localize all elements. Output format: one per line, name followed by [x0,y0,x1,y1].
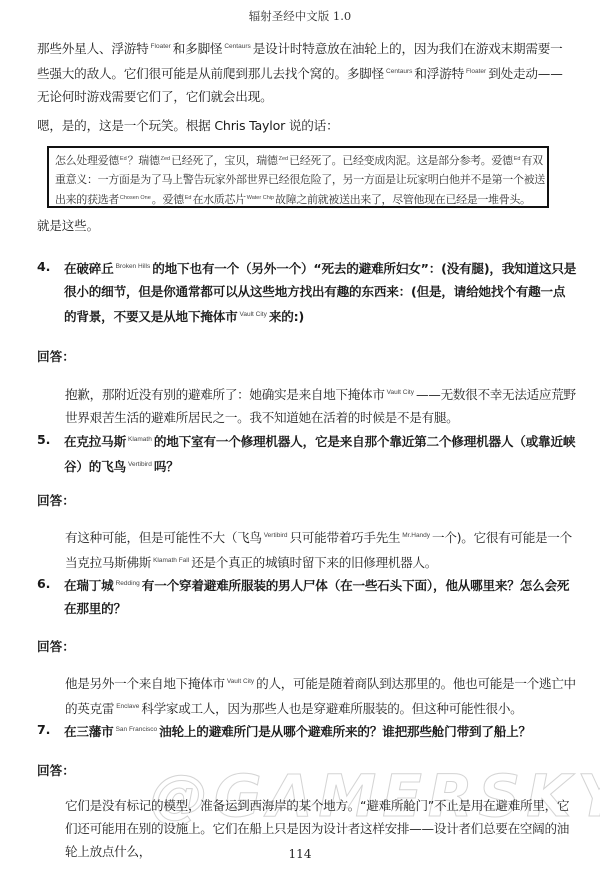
text: 和浮游特 [414,66,464,81]
question-4: 4. 在破碎丘Broken Hills的地下也有一个（另外一个）“死去的避难所妇… [37,255,577,328]
answer-6: 他是另外一个来自地下掩体市Vault City的人，可能是随着商队到达那里的。他… [65,670,577,720]
question-6: 6. 在瑞丁城Redding有一个穿着避难所服装的男人尸体（在一些石头下面），他… [37,572,577,620]
text: 和多脚怪 [173,41,223,56]
text: 怎么处理爱德 [55,154,119,167]
answer-4: 抱歉，那附近没有别的避难所了：她确实是来自地下掩体市Vault City——无数… [65,381,577,429]
english-term: Broken Hills [116,263,151,270]
intro-paragraph: 那些外星人、浮游特Floater和多脚怪Centaurs是设计时特意放在油轮上的… [37,35,567,108]
question-text: 在三藩市San Francisco油轮上的避难所门是从哪个避难所来的？谁把那些舱… [64,718,577,743]
english-term: Klamath [128,436,152,443]
question-number: 4. [37,255,61,278]
text: 在三藩市 [64,724,114,739]
english-term: Enclave [116,703,139,710]
page-number: 114 [0,847,600,861]
question-text: 在瑞丁城Redding有一个穿着避难所服装的男人尸体（在一些石头下面），他从哪里… [64,572,577,620]
english-term: Klamath Fall [153,557,189,564]
text: 的地下也有一个（另外一个）“死去的避难所妇女”：(没有腿)，我知道这只是很小的细… [64,261,576,324]
english-term: Vertibird [264,532,288,539]
text: 在破碎丘 [64,261,114,276]
text: 科学家或工人，因为那些人也是穿避难所服装的。但这种可能性很小。 [141,701,522,716]
english-term: Zed [161,156,170,162]
english-term: Ed [514,156,521,162]
text: 在水质芯片 [192,193,245,206]
english-term: Floater [151,43,171,50]
english-term: Chosen One [120,195,151,201]
text: 在克拉马斯 [64,434,126,449]
english-term: Zed [279,156,288,162]
english-term: Centaurs [224,43,250,50]
text: 那些外星人、浮游特 [37,41,149,56]
english-term: Mr.Handy [402,532,430,539]
english-term: Floater [466,68,486,75]
answer-label: 回答： [37,636,75,655]
question-number: 5. [37,428,61,451]
answer-5: 有这种可能，但是可能性不大（飞鸟Vertibird只可能带着巧手先生Mr.Han… [65,524,577,574]
english-term: Vertibird [128,461,152,468]
question-7: 7. 在三藩市San Francisco油轮上的避难所门是从哪个避难所来的？谁把… [37,718,577,743]
document-header: 辐射圣经中文版 1.0 [0,8,600,24]
answer-label: 回答： [37,346,75,365]
english-term: Vault City [387,389,414,396]
text: 吗？ [154,459,179,474]
english-term: San Francisco [116,726,158,733]
question-number: 6. [37,572,61,595]
english-term: Centaurs [386,68,412,75]
text: 只可能带着巧手先生 [290,530,401,545]
text: 来的:) [269,309,304,324]
text: 已经死了，宝贝，瑞德 [171,154,278,167]
question-5: 5. 在克拉马斯Klamath的地下室有一个修理机器人，它是来自那个靠近第二个修… [37,428,577,478]
question-text: 在克拉马斯Klamath的地下室有一个修理机器人，它是来自那个靠近第二个修理机器… [64,428,577,478]
english-term: Vault City [227,678,254,685]
answer-label: 回答： [37,760,75,779]
text: 有这种可能，但是可能性不大（飞鸟 [65,530,262,545]
text: 已经死了。已经变成肉泥。这是部分参考。爱德 [289,154,513,167]
english-term: Ed [185,195,192,201]
text: 油轮上的避难所门是从哪个避难所来的？谁把那些舱门带到了船上？ [159,724,531,739]
text: 还是个真正的城镇时留下来的旧修理机器人。 [191,555,437,570]
english-term: Ed [120,156,127,162]
text: 抱歉，那附近没有别的避难所了：她确实是来自地下掩体市 [65,387,385,402]
text: 他是另外一个来自地下掩体市 [65,676,225,691]
text: 故障之前就被送出来了，尽管他现在已经是一堆骨头。 [275,193,531,206]
text: 在瑞丁城 [64,578,114,593]
text: 。爱德 [152,193,184,206]
closing-text: 就是这些。 [37,214,567,237]
english-term: Vault City [240,311,267,318]
english-term: Redding [116,580,140,587]
question-text: 在破碎丘Broken Hills的地下也有一个（另外一个）“死去的避难所妇女”：… [64,255,577,328]
chris-taylor-intro: 嗯，是的，这是一个玩笑。根据 Chris Taylor 说的话： [37,114,567,137]
question-number: 7. [37,718,61,741]
answer-label: 回答： [37,490,75,509]
quote-box: 怎么处理爱德Ed？瑞德Zed已经死了，宝贝，瑞德Zed已经死了。已经变成肉泥。这… [47,146,549,208]
text: ？瑞德 [128,154,160,167]
english-term: Water Chip [247,195,274,201]
